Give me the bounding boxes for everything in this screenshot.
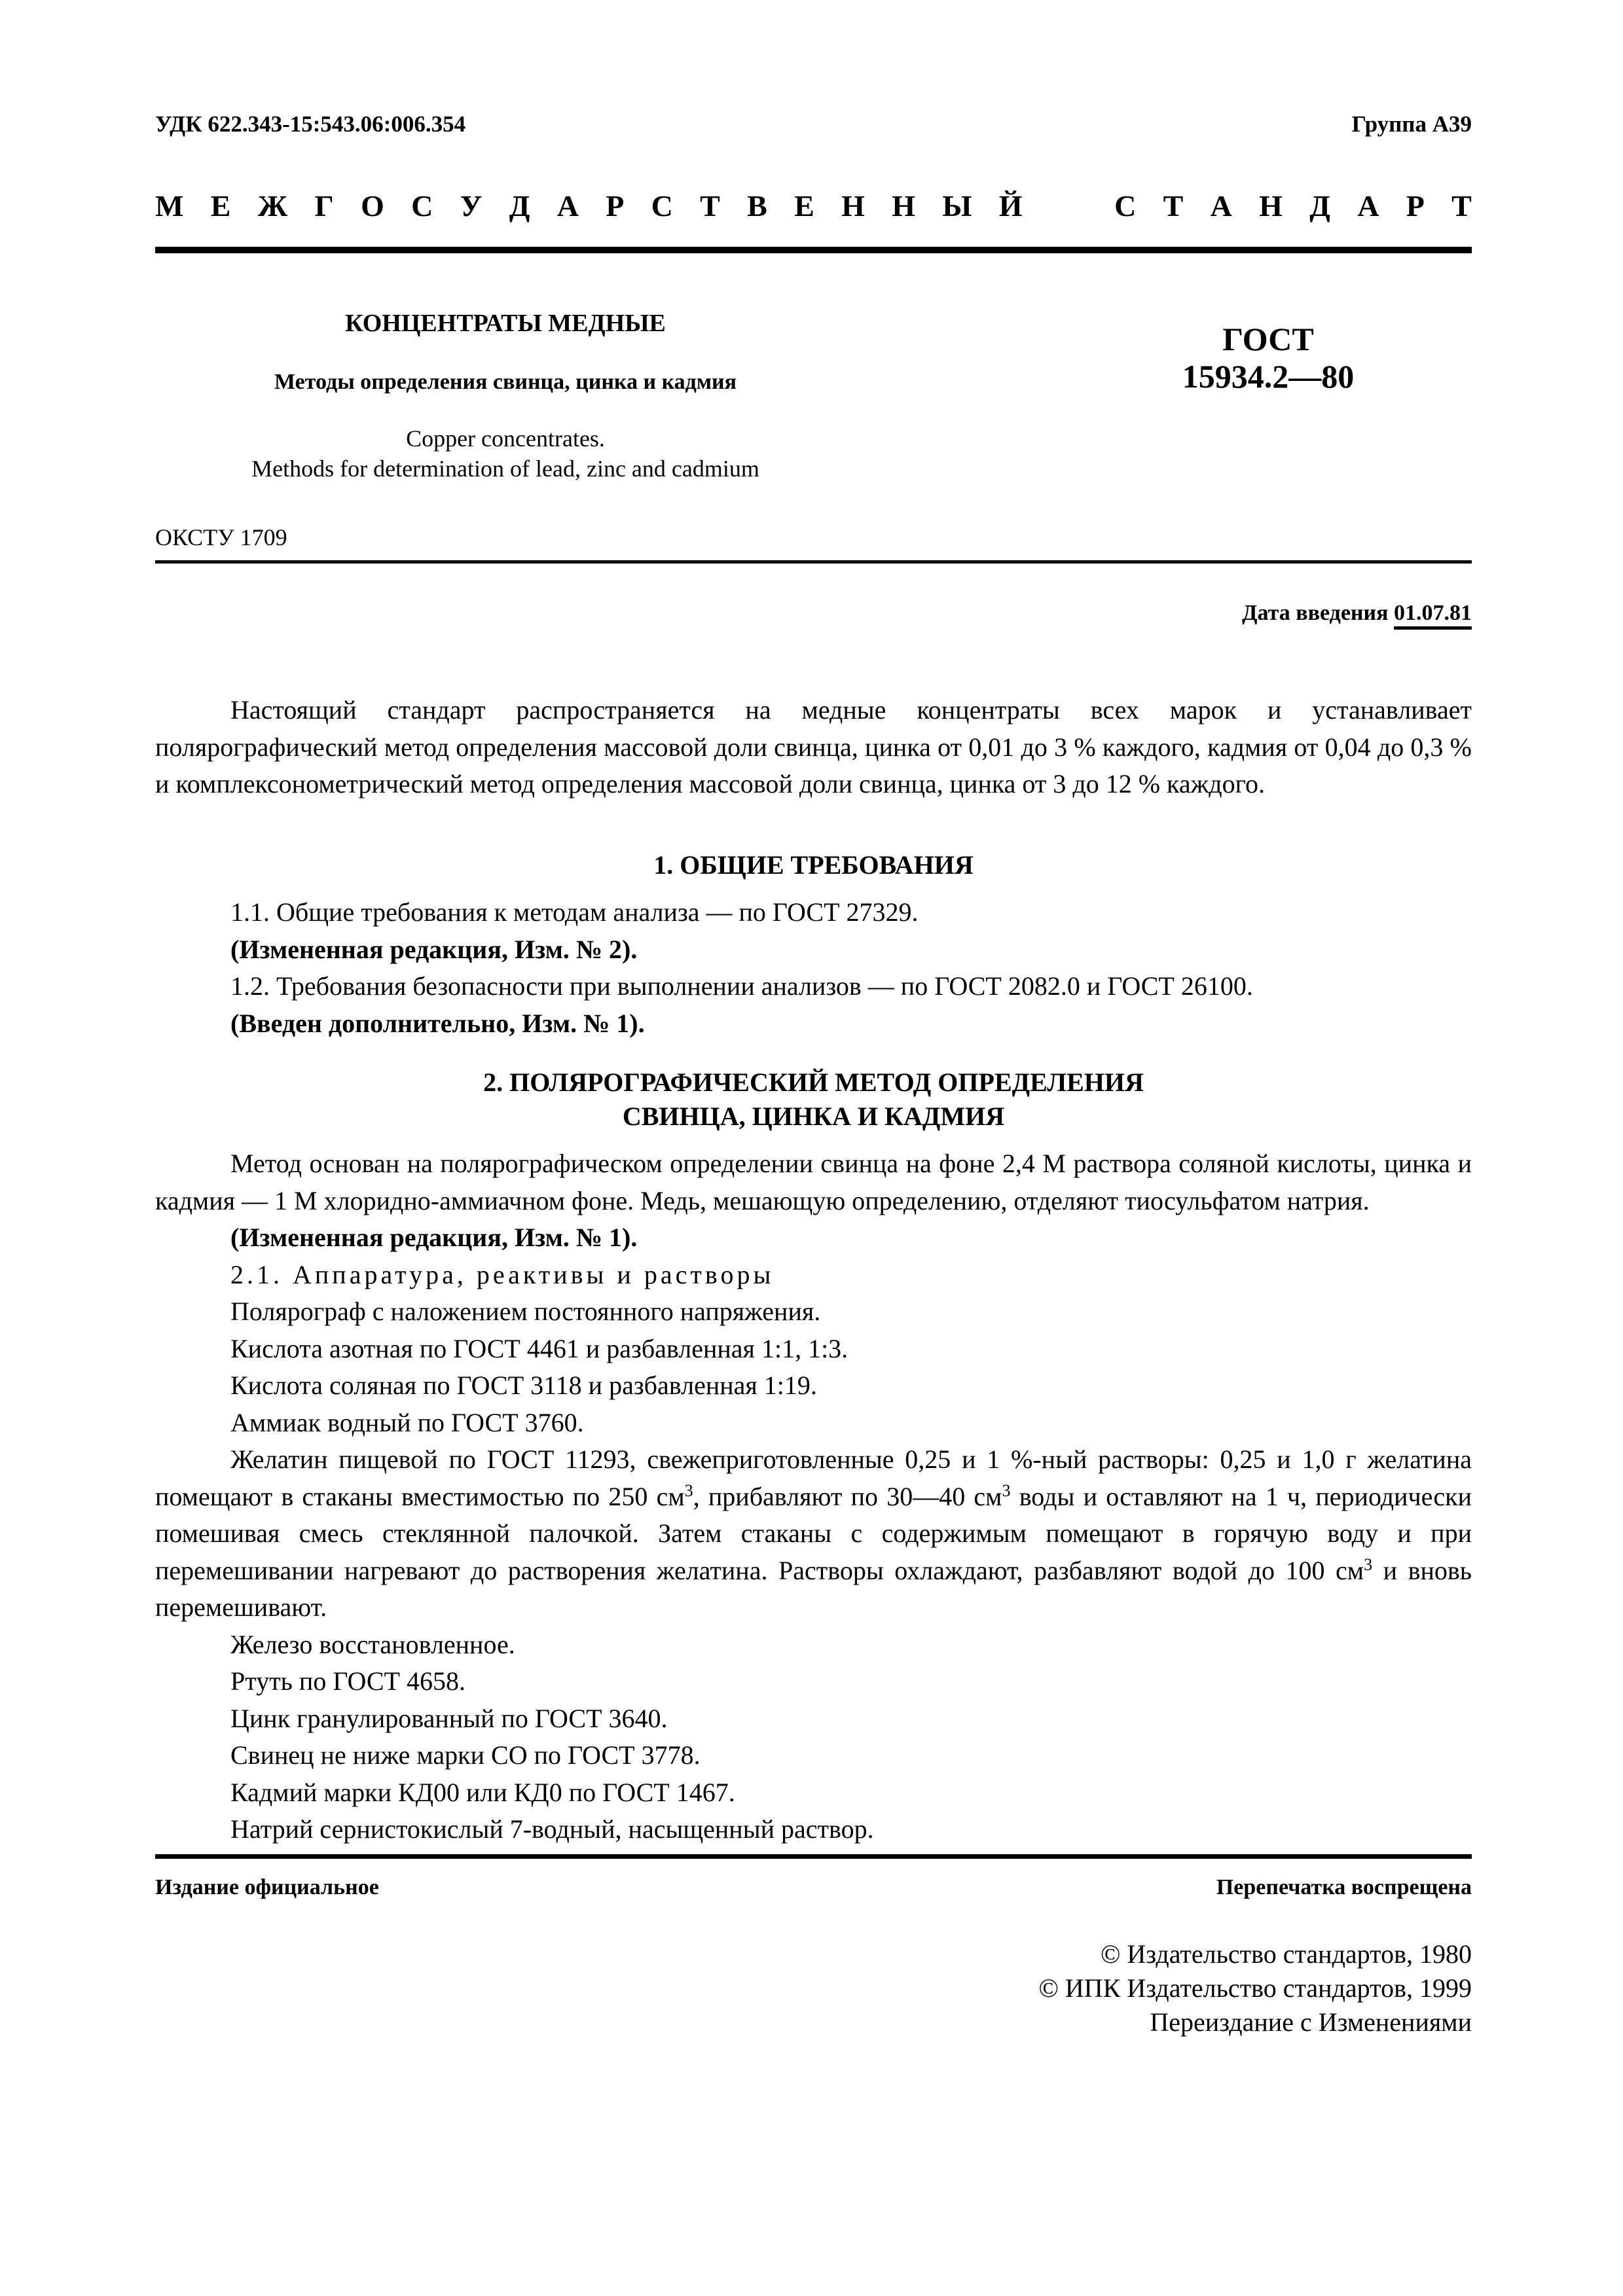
okstu-code: ОКСТУ 1709 (155, 524, 287, 551)
banner-letter: В (747, 188, 767, 223)
banner-letter: С (411, 188, 433, 223)
banner-letter: С (1114, 188, 1136, 223)
method-paragraph: Метод основан на полярографическом опред… (155, 1145, 1472, 1219)
banner-letter: Е (211, 188, 231, 223)
reagent-item: Свинец не ниже марки СО по ГОСТ 3778. (155, 1737, 1472, 1774)
section-2: 2. ПОЛЯРОГРАФИЧЕСКИЙ МЕТОД ОПРЕДЕЛЕНИЯ С… (155, 1066, 1472, 1848)
copyright-line: © ИПК Издательство стандартов, 1999 (1039, 1971, 1472, 2005)
intro-paragraph: Настоящий стандарт распространяется на м… (155, 692, 1472, 803)
reagent-item: Полярограф с наложением постоянного напр… (155, 1293, 1472, 1331)
reagent-item: Железо восстановленное. (155, 1626, 1472, 1664)
banner-letter: Е (794, 188, 814, 223)
reagent-item: Кислота соляная по ГОСТ 3118 и разбавлен… (155, 1367, 1472, 1405)
section-2-heading-line1: 2. ПОЛЯРОГРАФИЧЕСКИЙ МЕТОД ОПРЕДЕЛЕНИЯ (155, 1066, 1472, 1100)
udk-code: УДК 622.343-15:543.06:006.354 (155, 111, 465, 137)
introduction-date-label: Дата введения (1242, 601, 1388, 625)
banner-letter: Д (1309, 188, 1330, 223)
english-title-line1: Copper concentrates. (155, 423, 856, 454)
banner-letter: У (460, 188, 483, 223)
introduction-date: Дата введения 01.07.81 (1242, 601, 1472, 626)
reagent-list: Железо восстановленное.Ртуть по ГОСТ 465… (155, 1626, 1472, 1848)
banner-letter: Р (1406, 188, 1425, 223)
reagent-item: Аммиак водный по ГОСТ 3760. (155, 1405, 1472, 1442)
banner-letter: Г (314, 188, 333, 223)
section-2-heading-line2: СВИНЦА, ЦИНКА И КАДМИЯ (155, 1100, 1472, 1134)
banner-letter: Р (606, 188, 624, 223)
banner-letter: Н (841, 188, 865, 223)
document-title: КОНЦЕНТРАТЫ МЕДНЫЕ (155, 309, 856, 338)
clause-1-1: 1.1. Общие требования к методам анализа … (155, 894, 1472, 931)
reagent-item: Кадмий марки КД00 или КД0 по ГОСТ 1467. (155, 1774, 1472, 1812)
banner-letter: О (361, 188, 384, 223)
banner-word-gap (1049, 188, 1087, 223)
banner-letter: А (1211, 188, 1232, 223)
reissue-note: Переиздание с Изменениями (1039, 2005, 1472, 2039)
copyright-block: © Издательство стандартов, 1980 © ИПК Из… (1039, 1937, 1472, 2039)
banner-letter: А (1357, 188, 1379, 223)
banner-letter: Ы (942, 188, 972, 223)
reagent-item: Цинк гранулированный по ГОСТ 3640. (155, 1700, 1472, 1738)
amendment-note: (Введен дополнительно, Изм. № 1). (155, 1005, 1472, 1043)
amendment-note: (Измененная редакция, Изм. № 2). (155, 931, 1472, 969)
title-rule (155, 560, 1472, 564)
gost-number: 15934.2—80 (1072, 358, 1465, 395)
banner-letter: Й (999, 188, 1023, 223)
banner-letter: А (557, 188, 579, 223)
interstate-standard-banner: МЕЖГОСУДАРСТВЕННЫЙСТАНДАРТ (155, 188, 1472, 223)
section-1: 1. ОБЩИЕ ТРЕБОВАНИЯ 1.1. Общие требовани… (155, 848, 1472, 1042)
introduction-date-value: 01.07.81 (1394, 601, 1472, 630)
reprint-prohibited-label: Перепечатка воспрещена (1216, 1875, 1472, 1900)
banner-letter: Ж (258, 188, 287, 223)
clause-1-2: 1.2. Требования безопасности при выполне… (155, 968, 1472, 1005)
reagent-item: Ртуть по ГОСТ 4658. (155, 1663, 1472, 1700)
reagent-item: Кислота азотная по ГОСТ 4461 и разбавлен… (155, 1331, 1472, 1368)
banner-letter: Д (509, 188, 530, 223)
banner-letter: С (651, 188, 673, 223)
footer-rule (155, 1854, 1472, 1859)
copyright-line: © Издательство стандартов, 1980 (1039, 1937, 1472, 1971)
section-1-heading: 1. ОБЩИЕ ТРЕБОВАНИЯ (155, 848, 1472, 882)
official-edition-label: Издание официальное (155, 1875, 379, 1900)
english-title: Copper concentrates. Methods for determi… (155, 423, 856, 484)
banner-letter: Т (1163, 188, 1184, 223)
amendment-note: (Измененная редакция, Изм. № 1). (155, 1219, 1472, 1257)
banner-letter: Т (700, 188, 720, 223)
banner-letter: Н (1259, 188, 1283, 223)
gost-label: ГОСТ (1072, 321, 1465, 358)
gelatin-paragraph: Желатин пищевой по ГОСТ 11293, свежеприг… (155, 1441, 1472, 1626)
gost-designation: ГОСТ 15934.2—80 (1072, 321, 1465, 395)
header-rule (155, 247, 1472, 253)
banner-letter: М (155, 188, 183, 223)
group-code: Группа А39 (1352, 111, 1472, 137)
reagent-item: Натрий сернистокислый 7-водный, насыщенн… (155, 1811, 1472, 1848)
reagent-list: Полярограф с наложением постоянного напр… (155, 1293, 1472, 1441)
english-title-line2: Methods for determination of lead, zinc … (155, 454, 856, 484)
intro-section: Настоящий стандарт распространяется на м… (155, 692, 1472, 803)
document-subtitle: Методы определения свинца, цинка и кадми… (155, 370, 856, 395)
banner-letter: Н (892, 188, 915, 223)
subsection-2-1-title: 2.1. Аппаратура, реактивы и растворы (155, 1257, 1472, 1294)
banner-letter: Т (1451, 188, 1472, 223)
